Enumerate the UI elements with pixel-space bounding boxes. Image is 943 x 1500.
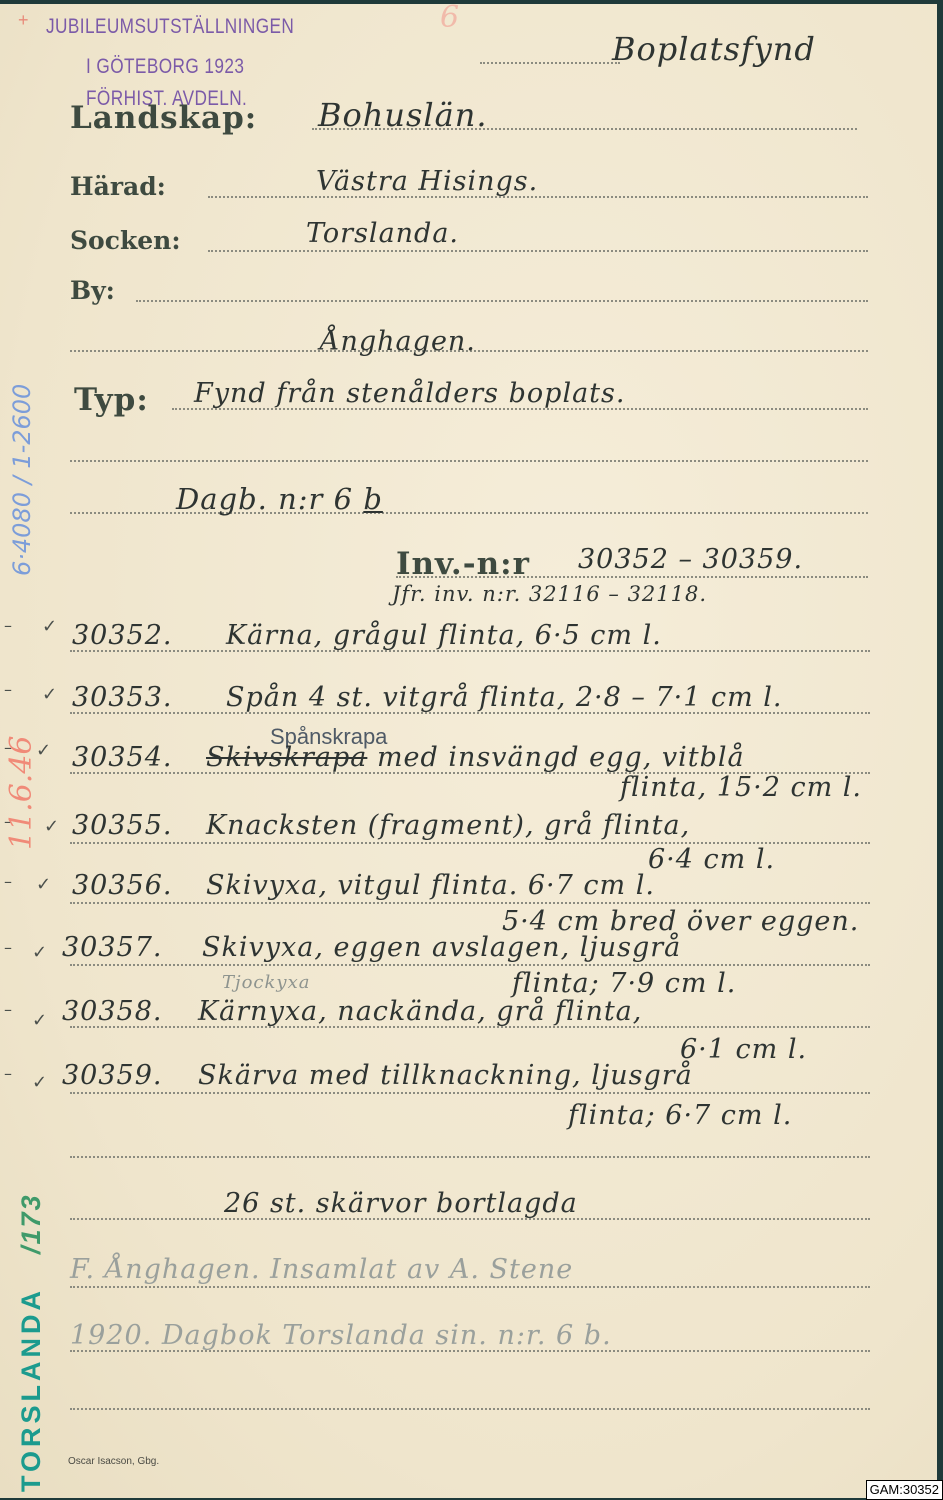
printer-imprint: Oscar Isacson, Gbg. xyxy=(68,1456,159,1467)
torslanda-stamp: TORSLANDA xyxy=(16,1287,47,1492)
landskap-label: Landskap: xyxy=(70,100,257,136)
stamp-line-1: JUBILEUMSUTSTÄLLNINGEN xyxy=(46,16,294,37)
item-description: Skivyxa, eggen avslagen, ljusgrå xyxy=(202,932,681,963)
item-dots xyxy=(70,964,870,966)
item-continuation: 6·1 cm l. xyxy=(680,1034,807,1065)
item-description: Kärnyxa, nackända, grå flinta, xyxy=(198,996,642,1027)
check-mark-icon: ✓ xyxy=(32,942,47,963)
item-continuation: flinta, 15·2 cm l. xyxy=(620,772,862,803)
blank-dots-3 xyxy=(70,1156,870,1158)
harad-label: Härad: xyxy=(70,172,166,201)
red-pencil-note: 11.6.46 xyxy=(4,735,39,850)
item-number: 30358. xyxy=(62,996,162,1027)
red-cross-mark: + xyxy=(18,10,29,31)
dagbok-suffix: b xyxy=(363,482,383,516)
discarded-note: 26 st. skärvor bortlagda xyxy=(224,1188,578,1219)
stamp-line-2: I GÖTEBORG 1923 xyxy=(86,56,244,77)
inventory-dots xyxy=(396,576,868,578)
check-mark-icon: ✓ xyxy=(42,616,57,637)
catalogue-card: + JUBILEUMSUTSTÄLLNINGEN I GÖTEBORG 1923… xyxy=(0,4,937,1498)
item-description: Kärna, grågul flinta, 6·5 cm l. xyxy=(226,620,662,651)
blue-pencil-note: 6·4080 / 1-2600 xyxy=(8,384,36,576)
category-value: Boplatsfynd xyxy=(612,30,816,68)
typ-label: Typ: xyxy=(74,382,149,418)
margin-dash: – xyxy=(4,1000,12,1019)
pencil-dots-1 xyxy=(70,1286,870,1288)
socken-value: Torslanda. xyxy=(306,218,459,249)
item-continuation: flinta; 6·7 cm l. xyxy=(568,1100,792,1131)
socken-label: Socken: xyxy=(70,226,181,255)
item-number: 30353. xyxy=(72,682,172,713)
margin-dash: – xyxy=(4,872,12,891)
place-value: Ånghagen. xyxy=(320,326,476,357)
category-dots xyxy=(480,62,620,64)
item-description: Skivskrapa med insvängd egg, vitblå xyxy=(206,742,745,773)
item-struck-word: Skivskrapa xyxy=(206,742,367,773)
typ-value: Fynd från stenålders boplats. xyxy=(194,378,625,409)
item-description: Skivyxa, vitgul flinta. 6·7 cm l. xyxy=(206,870,655,901)
check-mark-icon: ✓ xyxy=(32,1072,47,1093)
item-continuation: 6·4 cm l. xyxy=(648,844,775,875)
item-number: 30356. xyxy=(72,870,172,901)
item-number: 30352. xyxy=(72,620,172,651)
dagbok-reference: Dagb. n:r 6 b xyxy=(176,482,383,516)
green-pencil-number: /173 xyxy=(16,1193,47,1254)
dagbok-prefix: Dagb. n:r 6 xyxy=(176,482,363,516)
item-number: 30359. xyxy=(62,1060,162,1091)
pencil-note-line-2: 1920. Dagbok Torslanda sin. n:r. 6 b. xyxy=(70,1320,612,1351)
blank-dots-1 xyxy=(70,460,868,462)
item-description: Knacksten (fragment), grå flinta, xyxy=(206,810,690,841)
by-dots xyxy=(136,300,868,302)
item-number: 30357. xyxy=(62,932,162,963)
margin-dash: – xyxy=(4,680,12,699)
check-mark-icon: ✓ xyxy=(42,684,57,705)
item-description-rest: med insvängd egg, vitblå xyxy=(367,742,744,773)
check-mark-icon: ✓ xyxy=(32,1010,47,1031)
by-label: By: xyxy=(70,276,115,305)
socken-dots xyxy=(208,250,868,252)
item-number: 30354. xyxy=(72,742,172,773)
landskap-value: Bohuslän. xyxy=(318,96,488,134)
margin-dash: – xyxy=(4,616,12,635)
item-number: 30355. xyxy=(72,810,172,841)
item-dots xyxy=(70,902,870,904)
check-mark-icon: ✓ xyxy=(44,816,59,837)
harad-value: Västra Hisings. xyxy=(316,166,538,197)
item-description: Skärva med tillknackning, ljusgrå xyxy=(198,1060,693,1091)
red-note-top: 6 xyxy=(440,0,459,35)
pencil-note-line-1: F. Ånghagen. Insamlat av A. Stene xyxy=(70,1254,573,1285)
inventory-range: 30352 – 30359. xyxy=(578,544,803,575)
item-pencil-note: Tjockyxa xyxy=(222,972,310,993)
gam-id-label: GAM:30352 xyxy=(866,1480,943,1500)
inventory-cross-reference: Jfr. inv. n:r. 32116 – 32118. xyxy=(392,582,707,606)
green-pencil-value: 173 xyxy=(16,1193,46,1244)
blank-dots-4 xyxy=(70,1408,870,1410)
margin-dash: – xyxy=(4,1064,12,1083)
check-mark-icon: ✓ xyxy=(36,874,51,895)
item-continuation: flinta; 7·9 cm l. xyxy=(512,968,736,999)
item-dots xyxy=(70,1092,870,1094)
item-description: Spån 4 st. vitgrå flinta, 2·8 – 7·1 cm l… xyxy=(226,682,783,713)
margin-dash: – xyxy=(4,938,12,957)
